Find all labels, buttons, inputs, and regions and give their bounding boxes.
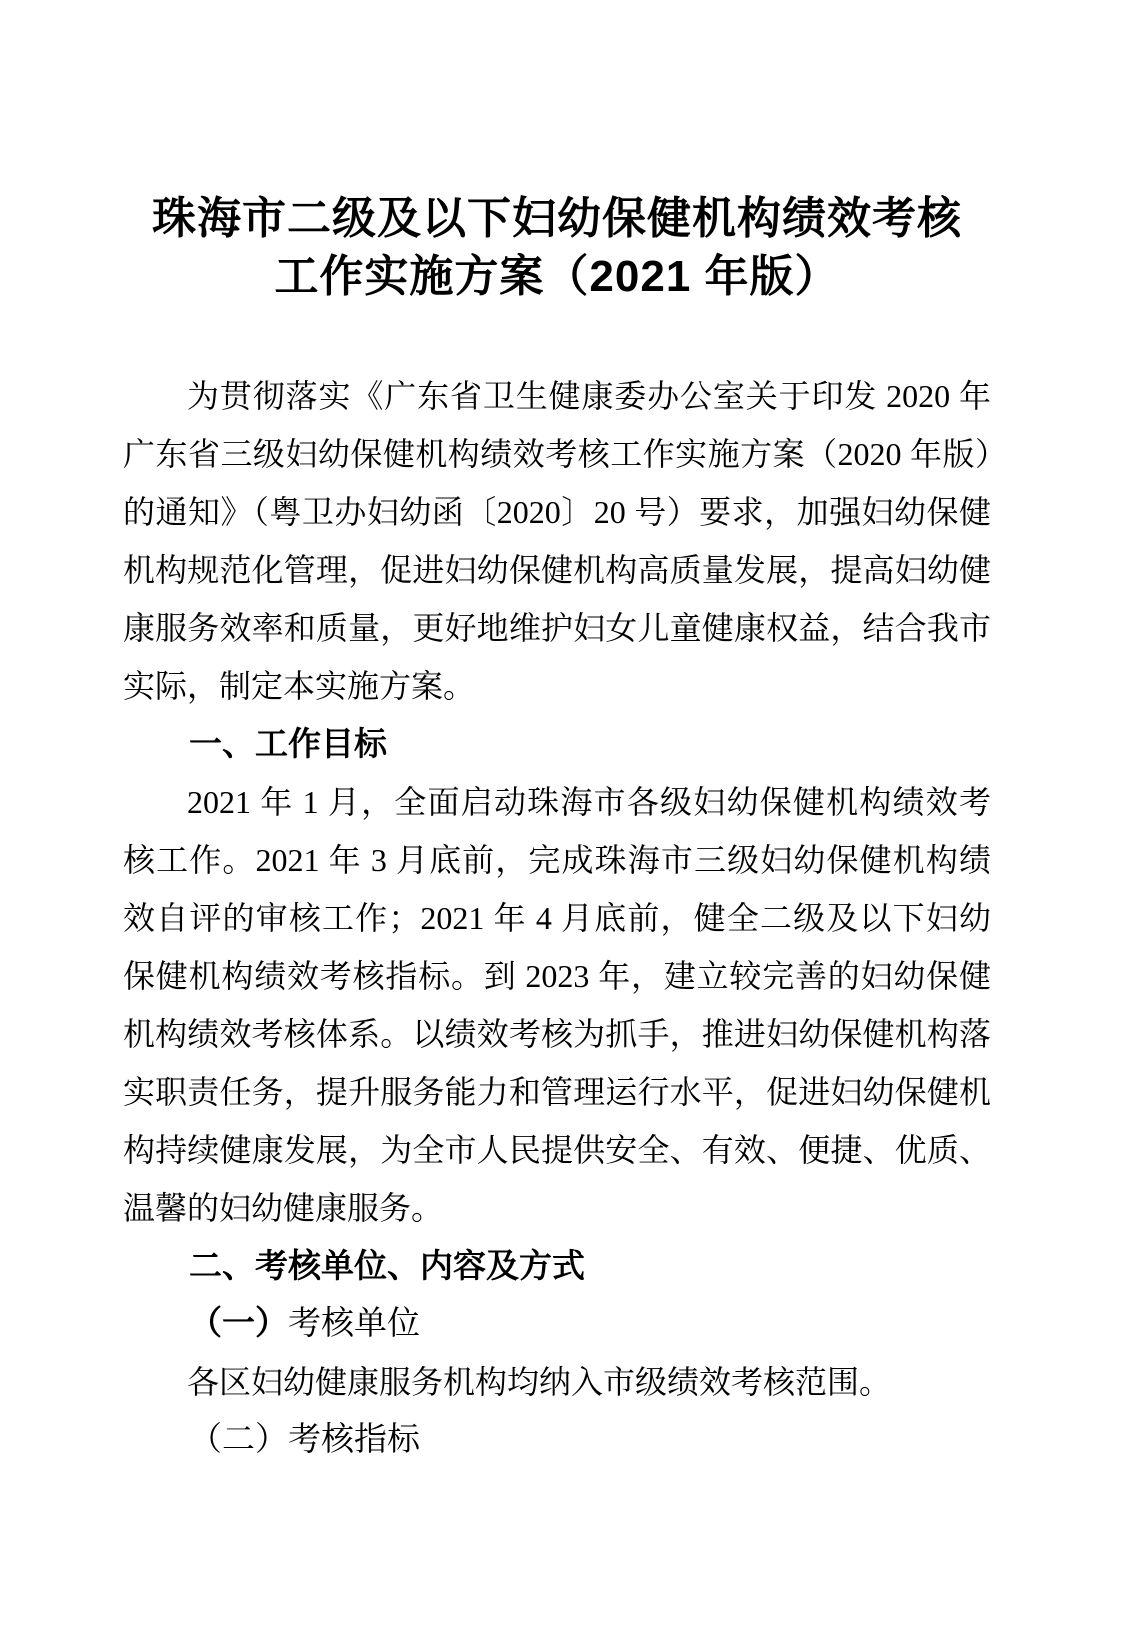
document-title-line-1: 珠海市二级及以下妇幼保健机构绩效考核 — [123, 190, 991, 248]
sub-heading-1-number: （一） — [189, 1306, 288, 1342]
section-1-heading: 一、工作目标 — [123, 715, 991, 773]
sub-heading-assessment-indicators: （二）考核指标 — [123, 1411, 991, 1469]
section-1-body-paragraph: 2021 年 1 月，全面启动珠海市各级妇幼保健机构绩效考核工作。2021 年 … — [123, 773, 991, 1237]
intro-paragraph: 为贯彻落实《广东省卫生健康委办公室关于印发 2020 年广东省三级妇幼保健机构绩… — [123, 367, 991, 715]
document-content: 珠海市二级及以下妇幼保健机构绩效考核 工作实施方案（2021 年版） 为贯彻落实… — [123, 0, 991, 1469]
sub-heading-1-label: 考核单位 — [288, 1306, 420, 1342]
sub-heading-2-number: （二） — [189, 1422, 288, 1458]
sub-heading-2-label: 考核指标 — [288, 1422, 420, 1458]
section-2-heading: 二、考核单位、内容及方式 — [123, 1237, 991, 1295]
document-title: 珠海市二级及以下妇幼保健机构绩效考核 工作实施方案（2021 年版） — [123, 190, 991, 306]
document-page: 珠海市二级及以下妇幼保健机构绩效考核 工作实施方案（2021 年版） 为贯彻落实… — [0, 0, 1124, 1632]
sub-heading-assessment-units: （一）考核单位 — [123, 1295, 991, 1353]
document-title-line-2: 工作实施方案（2021 年版） — [123, 248, 991, 306]
assessment-units-body-paragraph: 各区妇幼健康服务机构均纳入市级绩效考核范围。 — [123, 1353, 991, 1411]
